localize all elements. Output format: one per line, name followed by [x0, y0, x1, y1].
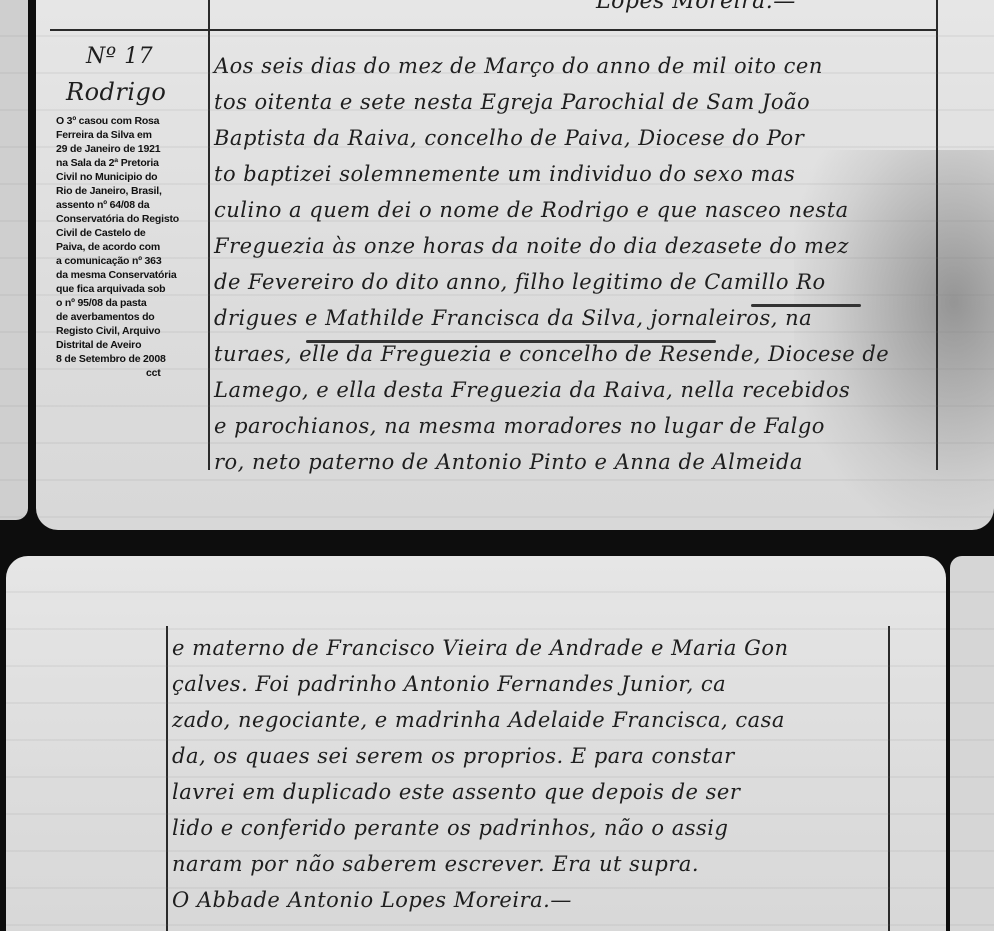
- text-line: ro, neto paterno de Antonio Pinto e Anna…: [214, 444, 889, 480]
- entry-body-page1: Aos seis dias do mez de Março do anno de…: [214, 48, 889, 480]
- margin-note-line: 8 de Setembro de 2008: [56, 352, 179, 366]
- margin-rule-left: [166, 626, 168, 931]
- entry-separator: [50, 29, 938, 31]
- adjacent-page-left: [0, 0, 28, 520]
- underline-father-name: [751, 304, 861, 307]
- previous-entry-tail: Lopes Moreira.—: [596, 0, 796, 20]
- text-line: e materno de Francisco Vieira de Andrade…: [172, 630, 789, 666]
- text-line: culino a quem dei o nome de Rodrigo e qu…: [214, 192, 889, 228]
- margin-note-line: Registo Civil, Arquivo: [56, 324, 179, 338]
- margin-note-line: de averbamentos do: [56, 310, 179, 324]
- margin-note-line: O 3º casou com Rosa: [56, 114, 179, 128]
- signature-line: O Abbade Antonio Lopes Moreira.—: [172, 882, 789, 918]
- margin-note-line: a comunicação nº 363: [56, 254, 179, 268]
- text-line: zado, negociante, e madrinha Adelaide Fr…: [172, 702, 789, 738]
- margin-annotation: O 3º casou com Rosa Ferreira da Silva em…: [56, 114, 179, 380]
- text-line: Lamego, e ella desta Freguezia da Raiva,…: [214, 372, 889, 408]
- underline-mother-name: [306, 340, 716, 343]
- text-line: da, os quaes sei serem os proprios. E pa…: [172, 738, 789, 774]
- margin-note-line: o nº 95/08 da pasta: [56, 296, 179, 310]
- register-page-bottom: e materno de Francisco Vieira de Andrade…: [6, 556, 946, 931]
- margin-note-signature: cct: [56, 366, 179, 380]
- register-page-top: Lopes Moreira.— Nº 17 Rodrigo O 3º casou…: [36, 0, 994, 530]
- margin-note-line: que fica arquivada sob: [56, 282, 179, 296]
- margin-note-line: Civil de Castelo de: [56, 226, 179, 240]
- text-line: naram por não saberem escrever. Era ut s…: [172, 846, 789, 882]
- margin-note-line: da mesma Conservatória: [56, 268, 179, 282]
- margin-note-line: Conservatória do Registo: [56, 212, 179, 226]
- margin-rule-left: [208, 0, 210, 470]
- text-line: Aos seis dias do mez de Março do anno de…: [214, 48, 889, 84]
- text-line: e parochianos, na mesma moradores no lug…: [214, 408, 889, 444]
- entry-name: Rodrigo: [66, 78, 166, 106]
- margin-rule-right: [888, 626, 890, 931]
- entry-number: Nº 17: [86, 44, 153, 69]
- text-line: de Fevereiro do dito anno, filho legitim…: [214, 264, 889, 300]
- text-line: tos oitenta e sete nesta Egreja Parochia…: [214, 84, 889, 120]
- text-line: lido e conferido perante os padrinhos, n…: [172, 810, 789, 846]
- text-line: lavrei em duplicado este assento que dep…: [172, 774, 789, 810]
- margin-note-line: Rio de Janeiro, Brasil,: [56, 184, 179, 198]
- text-line: Freguezia às onze horas da noite do dia …: [214, 228, 889, 264]
- margin-rule-right: [936, 0, 938, 470]
- margin-note-line: Civil no Municipio do: [56, 170, 179, 184]
- margin-note-line: 29 de Janeiro de 1921: [56, 142, 179, 156]
- text-line: çalves. Foi padrinho Antonio Fernandes J…: [172, 666, 789, 702]
- adjacent-page-right: [950, 556, 994, 931]
- text-line: to baptizei solemnemente um individuo do…: [214, 156, 889, 192]
- margin-note-line: Ferreira da Silva em: [56, 128, 179, 142]
- text-line: Baptista da Raiva, concelho de Paiva, Di…: [214, 120, 889, 156]
- margin-note-line: Distrital de Aveiro: [56, 338, 179, 352]
- margin-note-line: na Sala da 2ª Pretoria: [56, 156, 179, 170]
- margin-note-line: Paiva, de acordo com: [56, 240, 179, 254]
- margin-note-line: assento nº 64/08 da: [56, 198, 179, 212]
- entry-body-page2: e materno de Francisco Vieira de Andrade…: [172, 630, 789, 918]
